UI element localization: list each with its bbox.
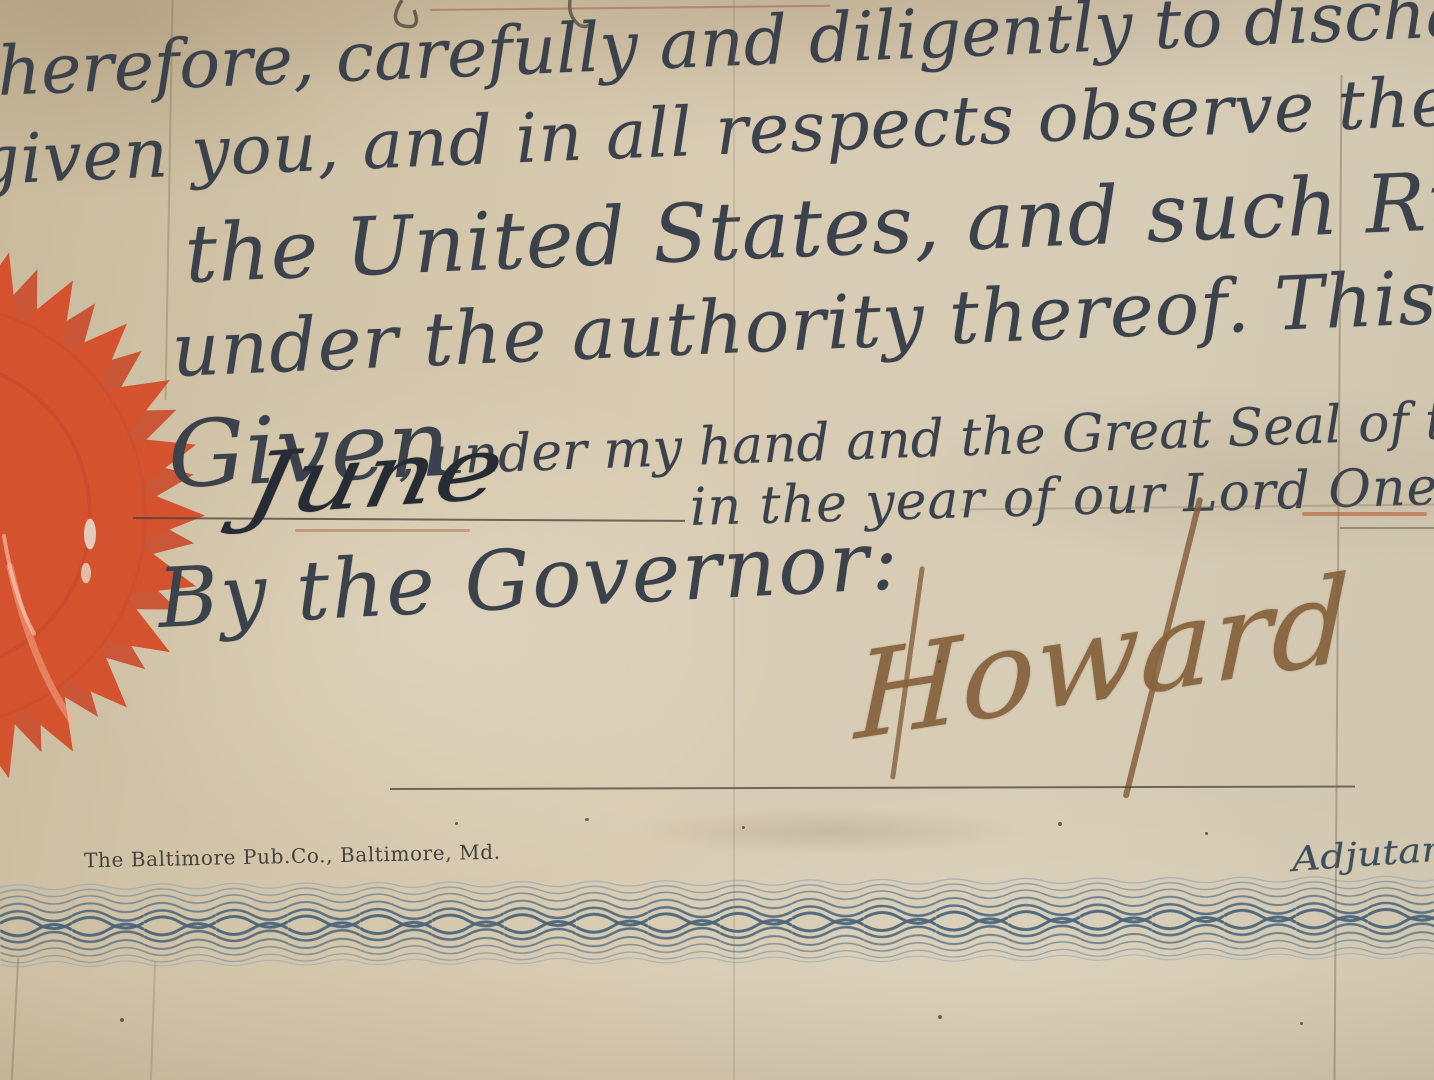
dust-speck [1300, 1022, 1303, 1025]
faint-red-mark-right [1302, 512, 1427, 516]
seal-chip [84, 519, 96, 550]
dust-speck [1205, 832, 1208, 835]
printer-imprint: The Baltimore Pub.Co., Baltimore, Md. [84, 840, 501, 873]
dust-speck [938, 1015, 942, 1019]
fold-crease-bottom-left [11, 958, 19, 1080]
dust-speck [455, 822, 458, 825]
dust-speck [938, 660, 941, 663]
seal-chip [81, 563, 91, 584]
governor-signature: Howard [854, 549, 1351, 767]
signature-rule-line [390, 785, 1355, 790]
dust-speck [585, 818, 589, 821]
guilloche-border [0, 872, 1434, 969]
fold-crease-bottom [150, 962, 156, 1080]
date-month-handwritten: June [238, 417, 512, 536]
dust-speck [120, 1018, 124, 1022]
certificate-photograph: therefore, carefully and diligently to d… [0, 0, 1434, 1080]
pencil-line-right [1340, 527, 1434, 529]
dust-speck [742, 826, 745, 829]
dust-speck [1058, 822, 1062, 826]
